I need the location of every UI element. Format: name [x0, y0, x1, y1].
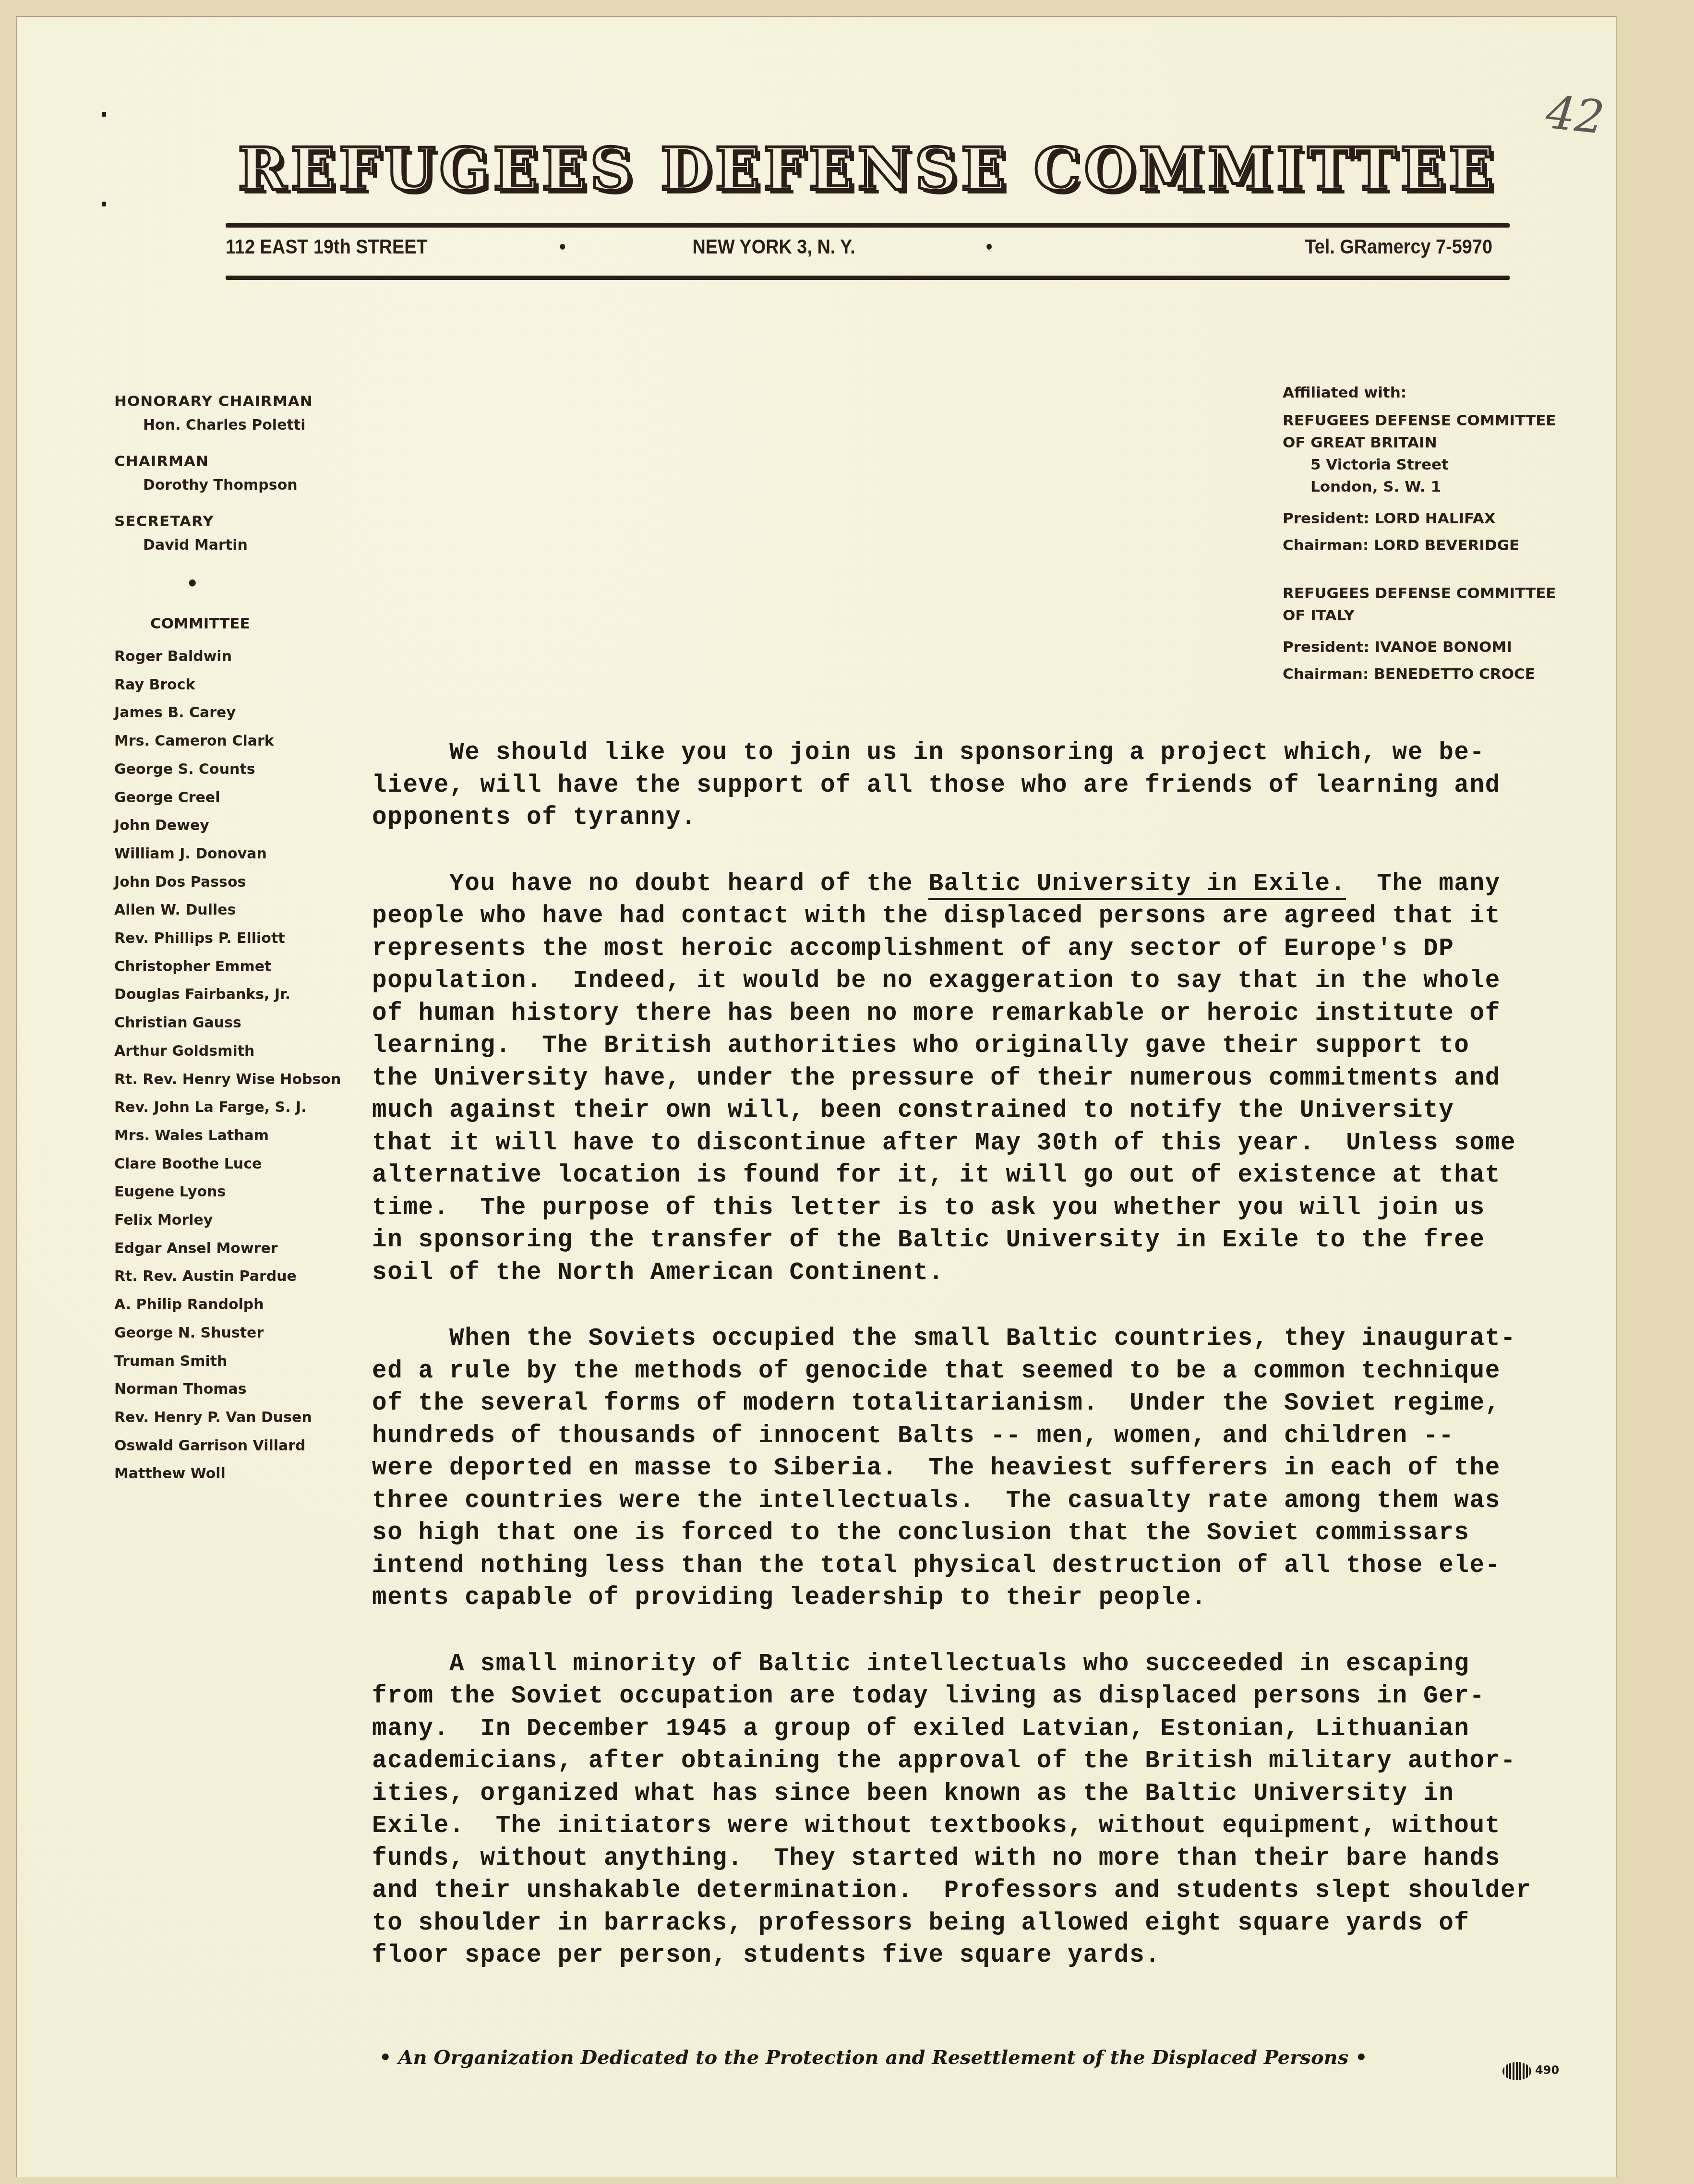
text-line: of human history there has been no more … — [372, 1000, 1601, 1033]
affiliate-name: OF ITALY — [1283, 607, 1556, 624]
affiliate-address: 5 Victoria Street — [1283, 456, 1556, 473]
text-line: alternative location is found for it, it… — [372, 1162, 1601, 1195]
committee-member: Christian Gauss — [114, 1009, 341, 1038]
officer-name: David Martin — [114, 537, 341, 554]
text-line: academicians, after obtaining the approv… — [372, 1748, 1601, 1780]
committee-member: Christopher Emmet — [114, 953, 341, 981]
text-line: hundreds of thousands of innocent Balts … — [372, 1423, 1601, 1455]
paragraph: A small minority of Baltic intellectuals… — [372, 1651, 1601, 1975]
letterhead-rule-bottom — [226, 276, 1510, 280]
footer-motto: • An Organization Dedicated to the Prote… — [379, 2046, 1368, 2069]
text-line: opponents of tyranny. — [372, 804, 1601, 837]
affiliate-name: REFUGEES DEFENSE COMMITTEE — [1283, 585, 1556, 602]
officer-role: HONORARY CHAIRMAN — [114, 393, 341, 410]
text-line: of the several forms of modern totalitar… — [372, 1390, 1601, 1423]
text-segment: You have no doubt heard of the — [372, 870, 928, 898]
committee-member: Matthew Woll — [114, 1460, 341, 1488]
text-line: A small minority of Baltic intellectuals… — [372, 1651, 1601, 1683]
underlined-university-name: Baltic University in Exile. — [928, 870, 1346, 900]
text-line: represents the most heroic accomplishmen… — [372, 935, 1601, 968]
text-line: time. The purpose of this letter is to a… — [372, 1195, 1601, 1227]
union-label-icon — [1502, 2062, 1531, 2080]
text-line: floor space per person, students five sq… — [372, 1942, 1601, 1975]
letter-body: We should like you to join us in sponsor… — [372, 739, 1601, 1975]
paragraph: You have no doubt heard of the Baltic Un… — [372, 870, 1601, 1292]
text-line: When the Soviets occupied the small Balt… — [372, 1325, 1601, 1358]
text-line: learning. The British authorities who or… — [372, 1032, 1601, 1065]
text-line: were deported en masse to Siberia. The h… — [372, 1455, 1601, 1487]
paragraph: When the Soviets occupied the small Balt… — [372, 1325, 1601, 1617]
committee-member: Rt. Rev. Henry Wise Hobson — [114, 1066, 341, 1094]
text-line: from the Soviet occupation are today liv… — [372, 1683, 1601, 1715]
officer-name: Dorothy Thompson — [114, 477, 341, 494]
union-label-number: 490 — [1535, 2063, 1559, 2077]
affiliate-president: President: LORD HALIFAX — [1283, 510, 1556, 527]
punch-mark — [102, 202, 106, 206]
committee-member: Ray Brock — [114, 671, 341, 700]
text-line: the University have, under the pressure … — [372, 1065, 1601, 1098]
committee-member: A. Philip Randolph — [114, 1291, 341, 1319]
text-segment: The many — [1346, 870, 1501, 898]
text-line: population. Indeed, it would be no exagg… — [372, 967, 1601, 1000]
committee-member: Rt. Rev. Austin Pardue — [114, 1263, 341, 1291]
committee-member: Rev. Phillips P. Elliott — [114, 925, 341, 953]
officer-role: CHAIRMAN — [114, 453, 341, 470]
affiliate-president: President: IVANOE BONOMI — [1283, 639, 1556, 656]
committee-member: Clare Boothe Luce — [114, 1150, 341, 1179]
text-line: that it will have to discontinue after M… — [372, 1130, 1601, 1162]
phone-number: Tel. GRamercy 7-5970 — [1305, 235, 1492, 259]
affiliate-chairman: Chairman: BENEDETTO CROCE — [1283, 665, 1556, 683]
officer-role: SECRETARY — [114, 513, 341, 530]
committee-member: Douglas Fairbanks, Jr. — [114, 981, 341, 1009]
committee-member: Arthur Goldsmith — [114, 1038, 341, 1066]
committee-member: William J. Donovan — [114, 840, 341, 869]
letterhead-title: REFUGEES DEFENSE COMMITTEE — [226, 134, 1510, 204]
address-separator: • — [986, 235, 992, 259]
committee-member: James B. Carey — [114, 699, 341, 727]
text-line: Exile. The initiators were without textb… — [372, 1812, 1601, 1845]
text-line: people who have had contact with the dis… — [372, 903, 1601, 935]
officers-sidebar: HONORARY CHAIRMAN Hon. Charles Poletti C… — [114, 384, 341, 1488]
text-line: funds, without anything. They started wi… — [372, 1845, 1601, 1878]
affiliate-address: London, S. W. 1 — [1283, 478, 1556, 495]
committee-member: Oswald Garrison Villard — [114, 1432, 341, 1460]
committee-member: Rev. John La Farge, S. J. — [114, 1094, 341, 1122]
letterhead-rule-top — [226, 223, 1510, 228]
committee-member: Mrs. Wales Latham — [114, 1122, 341, 1150]
text-line: intend nothing less than the total physi… — [372, 1552, 1601, 1585]
committee-member: John Dewey — [114, 812, 341, 840]
committee-member: John Dos Passos — [114, 869, 341, 897]
committee-member: George N. Shuster — [114, 1319, 341, 1348]
committee-member: George Creel — [114, 784, 341, 812]
committee-member: Truman Smith — [114, 1348, 341, 1376]
committee-member: Rev. Henry P. Van Dusen — [114, 1404, 341, 1432]
committee-heading: COMMITTEE — [114, 615, 341, 632]
committee-member: Edgar Ansel Mowrer — [114, 1235, 341, 1263]
affiliations-block: Affiliated with: REFUGEES DEFENSE COMMIT… — [1283, 384, 1556, 683]
affiliations-heading: Affiliated with: — [1283, 384, 1556, 401]
text-line: lieve, will have the support of all thos… — [372, 772, 1601, 805]
punch-mark — [102, 112, 106, 117]
text-line: in sponsoring the transfer of the Baltic… — [372, 1227, 1601, 1259]
affiliate-chairman: Chairman: LORD BEVERIDGE — [1283, 537, 1556, 554]
letterhead-address-row: 112 EAST 19th STREET • NEW YORK 3, N. Y.… — [226, 235, 1510, 269]
affiliate-name: OF GREAT BRITAIN — [1283, 434, 1556, 451]
text-line: to shoulder in barracks, professors bein… — [372, 1910, 1601, 1943]
bullet-divider: • — [114, 573, 341, 595]
text-line: ed a rule by the methods of genocide tha… — [372, 1358, 1601, 1390]
committee-list: Roger Baldwin Ray Brock James B. Carey M… — [114, 643, 341, 1488]
text-line: much against their own will, been constr… — [372, 1097, 1601, 1130]
text-line: and their unshakable determination. Prof… — [372, 1877, 1601, 1910]
committee-member: George S. Counts — [114, 756, 341, 784]
text-line: so high that one is forced to the conclu… — [372, 1520, 1601, 1552]
city-address: NEW YORK 3, N. Y. — [692, 235, 855, 259]
text-line: soil of the North American Continent. — [372, 1259, 1601, 1292]
committee-member: Norman Thomas — [114, 1376, 341, 1404]
paragraph: We should like you to join us in sponsor… — [372, 739, 1601, 837]
handwritten-page-number: 42 — [1544, 86, 1607, 145]
committee-member: Eugene Lyons — [114, 1178, 341, 1207]
text-line: ities, organized what has since been kno… — [372, 1780, 1601, 1813]
committee-member: Felix Morley — [114, 1207, 341, 1235]
text-line: We should like you to join us in sponsor… — [372, 739, 1601, 772]
committee-member: Roger Baldwin — [114, 643, 341, 671]
officer-name: Hon. Charles Poletti — [114, 417, 341, 434]
committee-member: Allen W. Dulles — [114, 896, 341, 925]
text-line: three countries were the intellectuals. … — [372, 1487, 1601, 1520]
affiliate-name: REFUGEES DEFENSE COMMITTEE — [1283, 412, 1556, 429]
text-line: You have no doubt heard of the Baltic Un… — [372, 870, 1601, 903]
committee-member: Mrs. Cameron Clark — [114, 727, 341, 756]
address-separator: • — [559, 235, 565, 259]
text-line: ments capable of providing leadership to… — [372, 1584, 1601, 1617]
street-address: 112 EAST 19th STREET — [226, 235, 428, 259]
text-line: many. In December 1945 a group of exiled… — [372, 1715, 1601, 1748]
